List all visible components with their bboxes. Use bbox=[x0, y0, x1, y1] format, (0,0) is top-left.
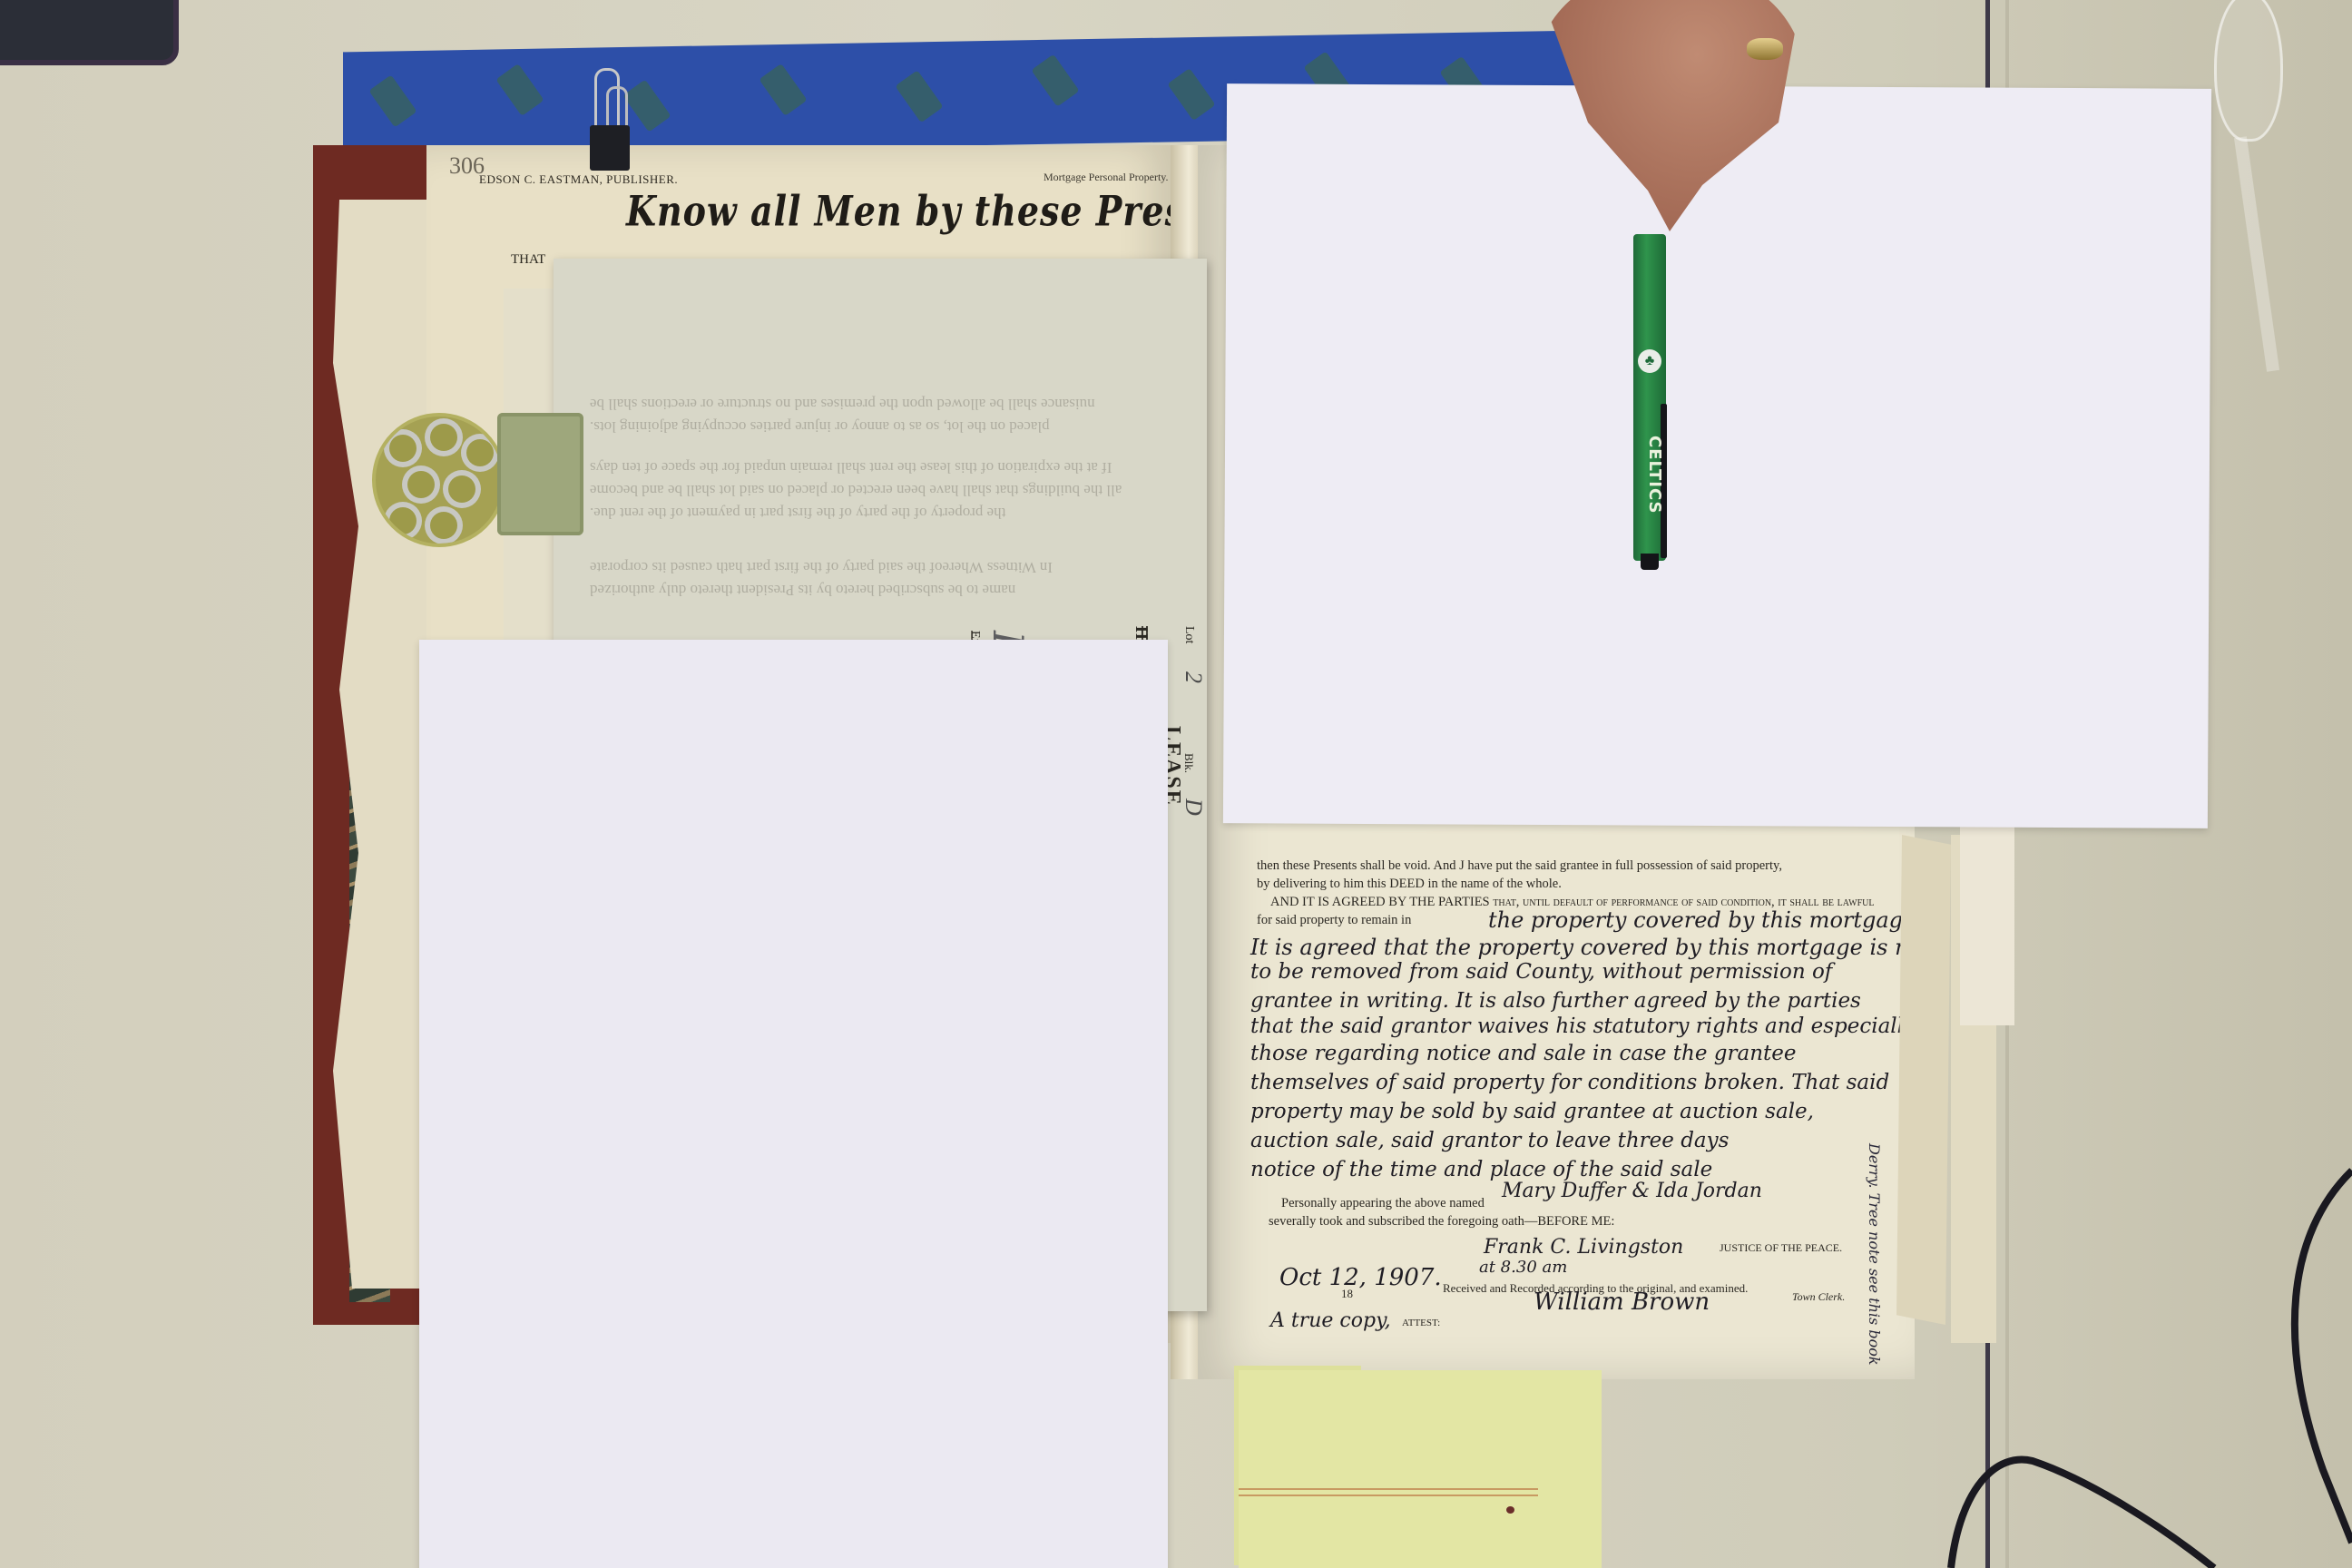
power-cable bbox=[0, 0, 2352, 1568]
